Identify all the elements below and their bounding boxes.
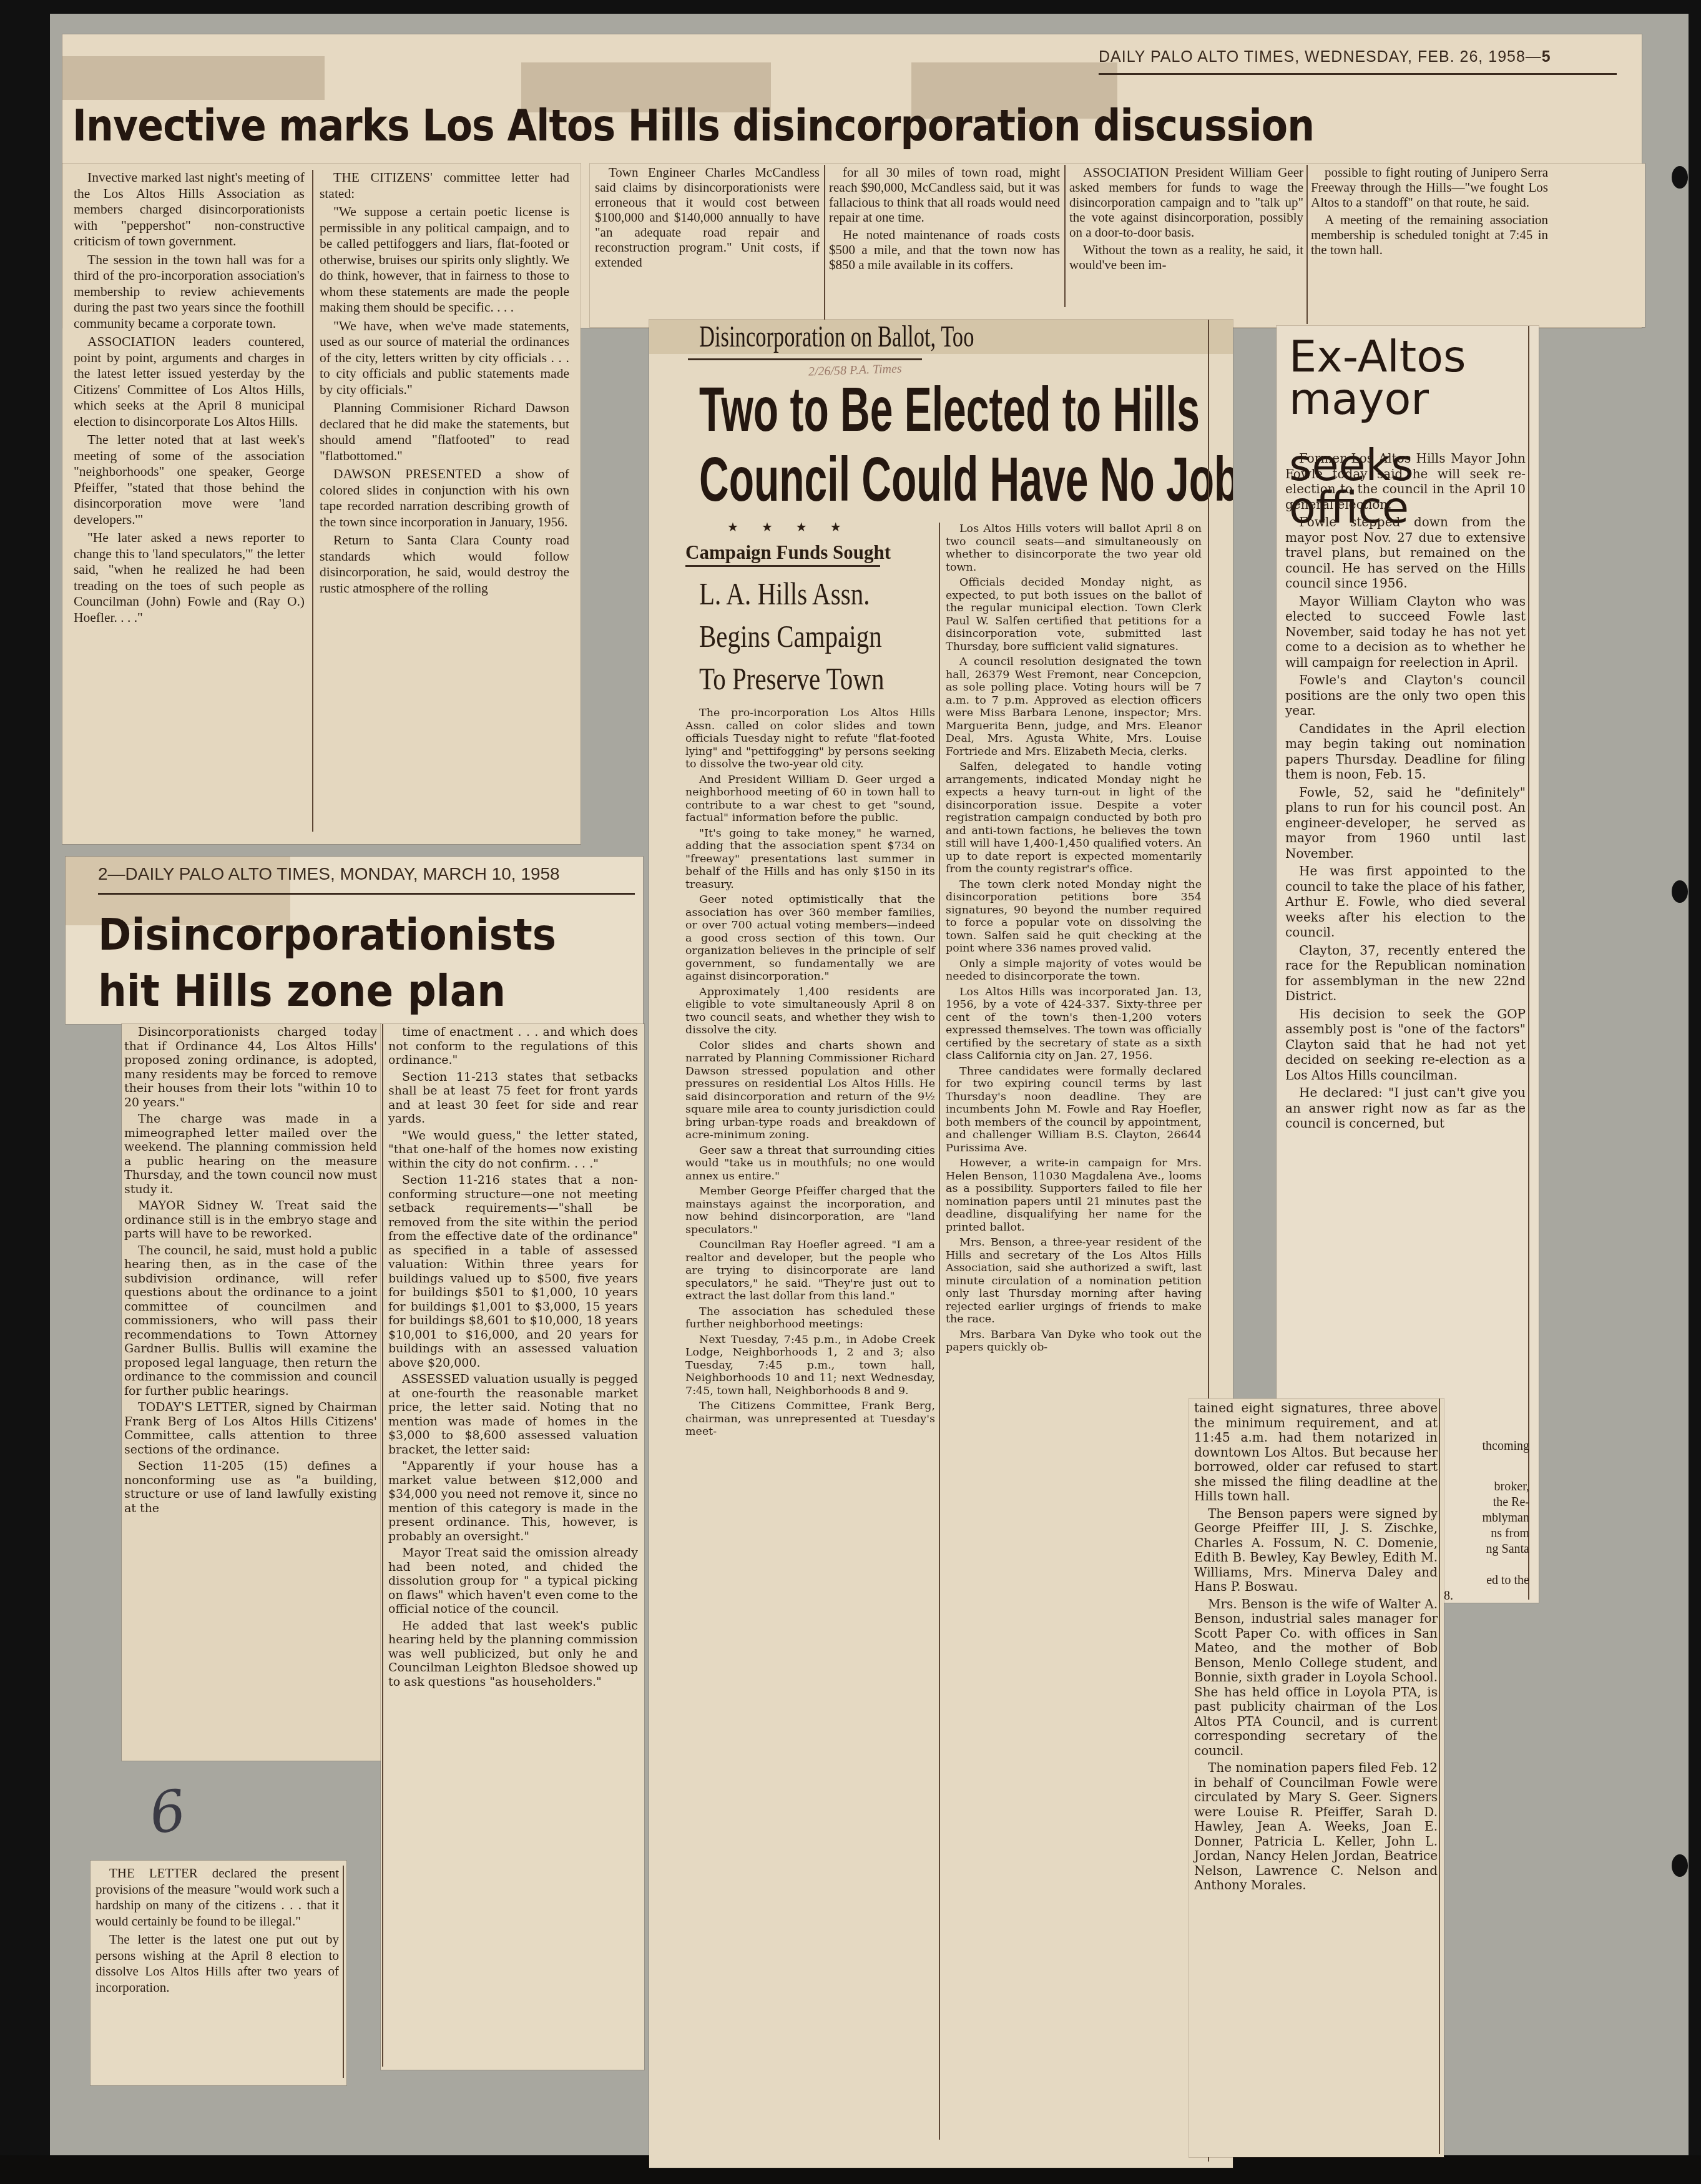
subkicker: Campaign Funds Sought <box>685 541 891 564</box>
column-rule <box>939 523 940 2140</box>
paragraph: ASSESSED valuation usually is pegged at … <box>388 1372 638 1457</box>
punch-hole <box>1672 1854 1688 1877</box>
masthead-rule <box>98 893 635 895</box>
paragraph: Mayor William Clayton who was elected to… <box>1285 594 1526 671</box>
subhead-line: L. A. Hills Assn. <box>699 573 884 615</box>
article-column: for all 30 miles of town road, might rea… <box>829 165 1060 275</box>
paragraph: THE CITIZENS' committee letter had state… <box>320 170 569 202</box>
paragraph: Planning Commisioner Richard Dawson decl… <box>320 400 569 464</box>
clipping-two-to-be-elected: Disincorporation on Ballot, Too 2/26/58 … <box>649 320 1233 2168</box>
paragraph: TODAY'S LETTER, signed by Chairman Frank… <box>124 1400 377 1457</box>
paragraph: Approximately 1,400 residents are eligib… <box>685 986 935 1037</box>
clipping-zone-plan-right-column: time of enactment . . . and which does n… <box>381 1024 644 2070</box>
paragraph: time of enactment . . . and which does n… <box>388 1025 638 1068</box>
paragraph: "It's going to take money," he warned, a… <box>685 827 935 892</box>
paragraph: possible to fight routing of Junipero Se… <box>1311 165 1548 210</box>
paragraph: "We would guess," the letter stated, "th… <box>388 1129 638 1171</box>
clipping-benson-continuation: tained eight signatures, three above the… <box>1189 1399 1444 2157</box>
column-rule <box>824 165 825 324</box>
column-rule <box>1306 165 1308 324</box>
paragraph: Section 11-216 states that a non-conform… <box>388 1173 638 1370</box>
kicker: Disincorporation on Ballot, Too <box>699 320 974 354</box>
paragraph: Mrs. Benson is the wife of Walter A. Ben… <box>1194 1597 1438 1759</box>
paragraph: The Benson papers were signed by George … <box>1194 1507 1438 1595</box>
paragraph: "Apparently if your house has a market v… <box>388 1459 638 1543</box>
kicker-rule <box>688 358 922 360</box>
subhead: L. A. Hills Assn. Begins Campaign To Pre… <box>699 573 884 700</box>
headline-line: mayor <box>1289 378 1539 420</box>
headline-line: Council Could Have No Job <box>699 445 1233 514</box>
tape-strip <box>62 56 325 100</box>
punch-hole <box>1672 880 1688 903</box>
column-rule <box>312 170 313 832</box>
column-rule <box>1439 1399 1440 2154</box>
paragraph: The pro-incorporation Los Altos Hills As… <box>685 707 935 771</box>
paragraph: The letter is the latest one put out by … <box>96 1932 339 1995</box>
paragraph: Los Altos Hills voters will ballot April… <box>946 523 1202 574</box>
punch-hole <box>1672 166 1688 189</box>
article-column: Invective marked last night's meeting of… <box>74 170 305 628</box>
masthead-text: DAILY PALO ALTO TIMES, WEDNESDAY, FEB. 2… <box>1099 48 1542 66</box>
paragraph: He noted maintenance of roads costs $500… <box>829 227 1060 272</box>
fragment: ns from <box>1439 1526 1529 1542</box>
paragraph: Town Engineer Charles McCandless said cl… <box>595 165 820 270</box>
fragment-column: thcoming broker, the Re- mblyman ns from… <box>1439 1439 1529 1603</box>
column-rule <box>1064 165 1066 307</box>
paragraph: tained eight signatures, three above the… <box>1194 1401 1438 1504</box>
paragraph: Fowle's and Clayton's council positions … <box>1285 672 1526 719</box>
subhead-line: To Preserve Town <box>699 657 884 700</box>
paragraph: ASSOCIATION President William Geer asked… <box>1069 165 1303 240</box>
article-column: time of enactment . . . and which does n… <box>388 1025 638 1691</box>
fragment: the Re- <box>1439 1495 1529 1510</box>
paragraph: He was first appointed to the council to… <box>1285 863 1526 940</box>
clipping-invective-body-right: Town Engineer Charles McCandless said cl… <box>590 164 1645 327</box>
article-column-right: Los Altos Hills voters will ballot April… <box>946 523 1202 1357</box>
paragraph: The association has scheduled these furt… <box>685 1306 935 1331</box>
paragraph: MAYOR Sidney W. Treat said the ordinance… <box>124 1199 377 1241</box>
fragment: 8. <box>1439 1588 1529 1603</box>
fragment: ng Santa <box>1439 1542 1529 1557</box>
article-column: THE LETTER declared the present provisio… <box>96 1866 339 1998</box>
paragraph: Officials decided Monday night, as expec… <box>946 576 1202 653</box>
paragraph: And President William D. Geer urged a ne… <box>685 774 935 825</box>
paragraph: A meeting of the remaining association m… <box>1311 212 1548 257</box>
headline: Invective marks Los Altos Hills disincor… <box>72 100 1314 151</box>
paragraph: Fowle stepped down from the mayor post N… <box>1285 514 1526 591</box>
paragraph: However, a write-in campaign for Mrs. He… <box>946 1157 1202 1234</box>
fragment: broker, <box>1439 1479 1529 1495</box>
subhead-line: Begins Campaign <box>699 615 884 657</box>
article-column: ASSOCIATION President William Geer asked… <box>1069 165 1303 275</box>
paragraph: Mrs. Barbara Van Dyke who took out the p… <box>946 1329 1202 1354</box>
paragraph: for all 30 miles of town road, might rea… <box>829 165 1060 225</box>
column-rule <box>343 1866 344 2078</box>
paragraph: The council, he said, must hold a public… <box>124 1244 377 1399</box>
paragraph: Los Altos Hills was incorporated Jan. 13… <box>946 986 1202 1063</box>
masthead-rule <box>1099 73 1617 75</box>
paragraph: A council resolution designated the town… <box>946 656 1202 758</box>
paragraph: Clayton, 37, recently entered the race f… <box>1285 943 1526 1004</box>
paragraph: Section 11-205 (15) defines a nonconform… <box>124 1459 377 1515</box>
headline-line: Disincorporationists <box>98 907 556 963</box>
paragraph: Invective marked last night's meeting of… <box>74 170 305 250</box>
page-number: 5 <box>1542 48 1551 66</box>
paragraph: Color slides and charts shown and narrat… <box>685 1040 935 1142</box>
paragraph: "He later asked a news reporter to chang… <box>74 530 305 626</box>
paragraph: Councilman Ray Hoefler agreed. "I am a r… <box>685 1239 935 1303</box>
subkicker-rule <box>685 565 880 567</box>
paragraph: His decision to seek the GOP assembly po… <box>1285 1006 1526 1083</box>
clipping-zone-plan-left-column: Disincorporationists charged today that … <box>122 1024 381 1761</box>
paragraph: Section 11-213 states that setbacks shal… <box>388 1070 638 1126</box>
paragraph: The town clerk noted Monday night the di… <box>946 878 1202 955</box>
clipping-invective-body-left: Invective marked last night's meeting of… <box>62 164 581 844</box>
article-column-left: The pro-incorporation Los Altos Hills As… <box>685 707 935 1441</box>
headline: Two to Be Elected to Hills Council Could… <box>699 375 1233 514</box>
article-column: possible to fight routing of Junipero Se… <box>1311 165 1548 260</box>
masthead: DAILY PALO ALTO TIMES, WEDNESDAY, FEB. 2… <box>1099 48 1551 66</box>
headline-line: Ex-Altos <box>1289 335 1539 378</box>
headline-line: hit Hills zone plan <box>98 963 556 1019</box>
paragraph: The session in the town hall was for a t… <box>74 252 305 332</box>
paragraph: Salfen, delegated to handle voting arran… <box>946 760 1202 876</box>
paragraph: He declared: "I just can't give you an a… <box>1285 1085 1526 1131</box>
paragraph: Former Los Altos Hills Mayor John Fowle … <box>1285 451 1526 512</box>
paragraph: The Citizens Committee, Frank Berg, chai… <box>685 1400 935 1439</box>
fragment: thcoming <box>1439 1439 1529 1454</box>
paragraph: Mrs. Benson, a three-year resident of th… <box>946 1236 1202 1326</box>
article-column: Disincorporationists charged today that … <box>124 1025 377 1518</box>
paragraph: Fowle, 52, said he "definitely" plans to… <box>1285 785 1526 862</box>
column-rule <box>1528 326 1529 1600</box>
paragraph: Disincorporationists charged today that … <box>124 1025 377 1109</box>
paragraph: ASSOCIATION leaders countered, point by … <box>74 334 305 430</box>
article-column: Town Engineer Charles McCandless said cl… <box>595 165 820 272</box>
paragraph: Mayor Treat said the omission already ha… <box>388 1546 638 1616</box>
paragraph: Return to Santa Clara County road standa… <box>320 533 569 596</box>
paragraph: Three candidates were formally declared … <box>946 1065 1202 1155</box>
masthead: 2—DAILY PALO ALTO TIMES, MONDAY, MARCH 1… <box>98 864 560 884</box>
fragment: ed to the <box>1439 1573 1529 1588</box>
paragraph: Only a simple majority of votes would be… <box>946 958 1202 983</box>
paragraph: The letter noted that at last week's mee… <box>74 432 305 528</box>
paragraph: Without the town as a reality, he said, … <box>1069 242 1303 272</box>
clipping-the-letter: THE LETTER declared the present provisio… <box>91 1861 346 2085</box>
article-column: THE CITIZENS' committee letter had state… <box>320 170 569 599</box>
paragraph: The nomination papers filed Feb. 12 in b… <box>1194 1761 1438 1893</box>
paragraph: The charge was made in a mimeographed le… <box>124 1112 377 1196</box>
paragraph: Next Tuesday, 7:45 p.m., in Adobe Creek … <box>685 1334 935 1398</box>
fragment: mblyman <box>1439 1510 1529 1526</box>
star-divider: ★ ★ ★ ★ <box>727 519 851 535</box>
paragraph: Geer saw a threat that surrounding citie… <box>685 1144 935 1183</box>
paragraph: "We suppose a certain poetic license is … <box>320 204 569 316</box>
paragraph: THE LETTER declared the present provisio… <box>96 1866 339 1929</box>
clipping-zone-plan-header: 2—DAILY PALO ALTO TIMES, MONDAY, MARCH 1… <box>66 857 643 1024</box>
paragraph: He added that last week's public hearing… <box>388 1619 638 1690</box>
paragraph: Geer noted optimistically that the assoc… <box>685 893 935 983</box>
column-rule <box>382 1024 383 2067</box>
article-column: tained eight signatures, three above the… <box>1194 1401 1438 1896</box>
paragraph: DAWSON PRESENTED a show of colored slide… <box>320 466 569 530</box>
paragraph: Candidates in the April election may beg… <box>1285 721 1526 782</box>
paragraph: Member George Pfeiffer charged that the … <box>685 1185 935 1236</box>
paragraph: "We have, when we've made statements, us… <box>320 318 569 398</box>
headline: Disincorporationists hit Hills zone plan <box>98 907 556 1019</box>
headline-line: Two to Be Elected to Hills <box>699 375 1233 445</box>
article-column: Former Los Altos Hills Mayor John Fowle … <box>1285 451 1526 1134</box>
